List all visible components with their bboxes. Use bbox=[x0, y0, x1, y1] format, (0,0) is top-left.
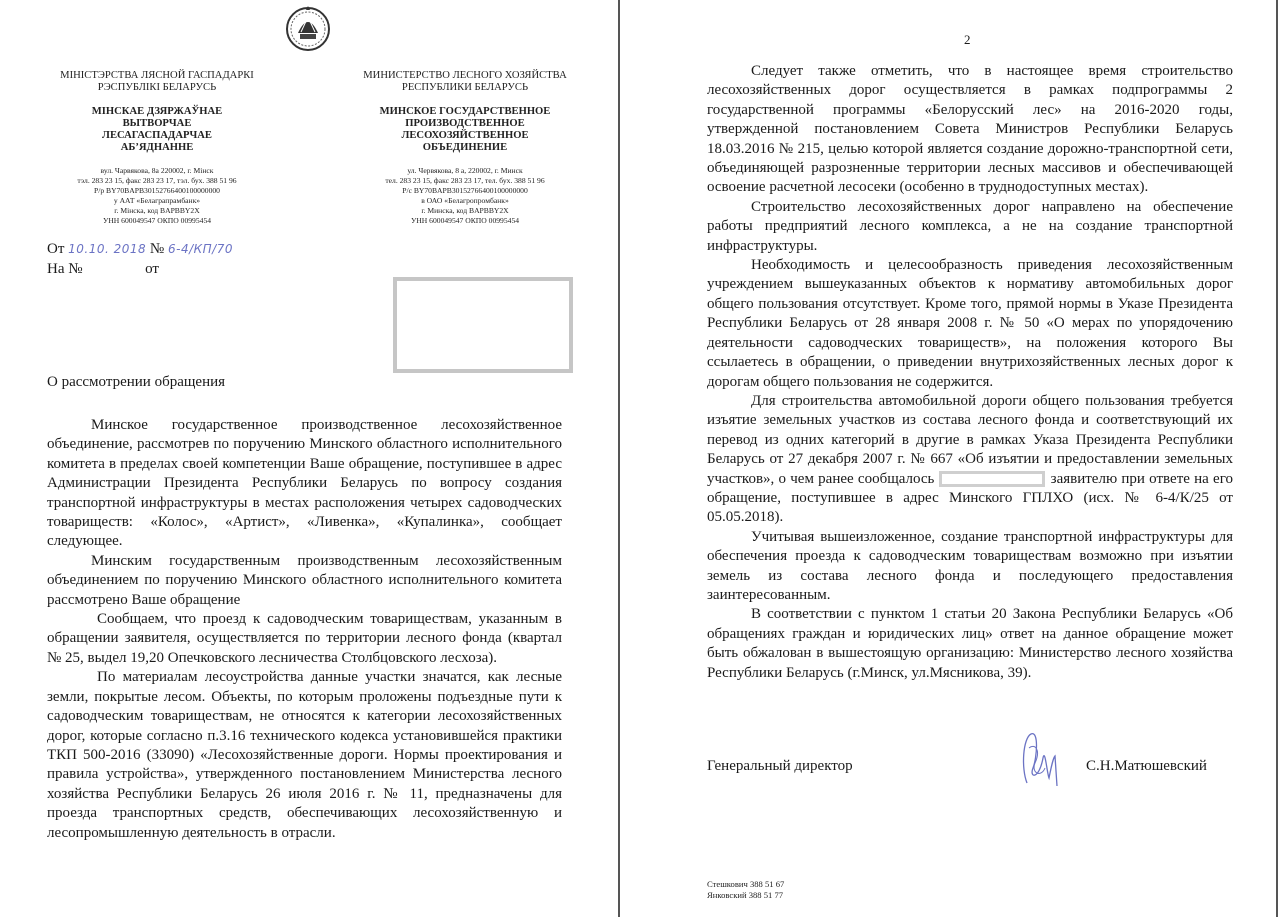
to-from-label: от bbox=[145, 261, 159, 277]
paragraph: Минское государственное производственное… bbox=[47, 416, 562, 552]
ministry-line: МІНІСТЭРСТВА ЛЯСНОЙ ГАСПАДАРКІ bbox=[52, 70, 262, 82]
page-right-border bbox=[1276, 0, 1278, 917]
address-line: вул. Чарвякова, 8а 220002, г. Мінск bbox=[52, 166, 262, 176]
signer-title: Генеральный директор bbox=[707, 758, 853, 775]
paragraph: Минским государственным производственным… bbox=[47, 552, 562, 610]
page-number: 2 bbox=[964, 32, 971, 48]
incoming-reference: На № от bbox=[47, 260, 159, 278]
address-line: в ОАО «Белагропромбанк» bbox=[350, 196, 580, 206]
handwritten-number: 6-4/КП/70 bbox=[168, 242, 233, 256]
address-line: Р/с BY70BAPB30152766400100000000 bbox=[350, 186, 580, 196]
paragraph: По материалам лесоустройства данные учас… bbox=[47, 668, 562, 843]
org-line: ПРОИЗВОДСТВЕННОЕ bbox=[350, 118, 580, 130]
coat-of-arms-emblem bbox=[283, 3, 333, 53]
address-line: тэл. 283 23 15, факс 283 23 17, тэл. бух… bbox=[52, 176, 262, 186]
redacted-addressee-box bbox=[393, 277, 573, 373]
ministry-line: РЭСПУБЛІКІ БЕЛАРУСЬ bbox=[52, 82, 262, 94]
org-line: АБ’ЯДНАННЕ bbox=[52, 142, 262, 154]
signer-name: С.Н.Матюшевский bbox=[1086, 758, 1207, 775]
to-number-label: На № bbox=[47, 261, 83, 277]
org-line: ЛЕСОХОЗЯЙСТВЕННОЕ bbox=[350, 130, 580, 142]
letter-body-page1: Минское государственное производственное… bbox=[47, 416, 562, 843]
paragraph: Необходимость и целесообразность приведе… bbox=[707, 256, 1233, 392]
org-line: МИНСКОЕ ГОСУДАРСТВЕННОЕ bbox=[350, 106, 580, 118]
address-line: УНН 600049547 ОКПО 00995454 bbox=[350, 216, 580, 226]
contact-line: Стешкович 388 51 67 bbox=[707, 879, 784, 890]
ministry-line: РЕСПУБЛИКИ БЕЛАРУСЬ bbox=[350, 82, 580, 94]
address-line: ул. Червякова, 8 а, 220002, г. Минск bbox=[350, 166, 580, 176]
paragraph: Следует также отметить, что в настоящее … bbox=[707, 62, 1233, 198]
paragraph: Учитывая вышеизложенное, создание трансп… bbox=[707, 528, 1233, 606]
handwritten-date: 10.10. 2018 bbox=[68, 242, 146, 256]
letter-body-page2: Следует также отметить, что в настоящее … bbox=[707, 62, 1233, 683]
number-label: № bbox=[150, 241, 164, 257]
address-line: у ААТ «Белаграпрамбанк» bbox=[52, 196, 262, 206]
letter-subject: О рассмотрении обращения bbox=[47, 374, 225, 391]
paragraph: Строительство лесохозяйственных дорог на… bbox=[707, 198, 1233, 256]
paragraph: Для строительства автомобильной дороги о… bbox=[707, 392, 1233, 528]
outgoing-reference: От 10.10. 2018 № 6-4/КП/70 bbox=[47, 240, 233, 258]
address-line: г. Минска, код BAPBBY2X bbox=[350, 206, 580, 216]
paragraph: В соответствии с пунктом 1 статьи 20 Зак… bbox=[707, 605, 1233, 683]
address-line: г. Мінска, код BAPBBY2X bbox=[52, 206, 262, 216]
address-line: УНН 600049547 ОКПО 00995454 bbox=[52, 216, 262, 226]
org-line: МІНСКАЕ ДЗЯРЖАЎНАЕ bbox=[52, 106, 262, 118]
ministry-line: МИНИСТЕРСТВО ЛЕСНОГО ХОЗЯЙСТВА bbox=[350, 70, 580, 82]
header-russian: МИНИСТЕРСТВО ЛЕСНОГО ХОЗЯЙСТВА РЕСПУБЛИК… bbox=[350, 70, 580, 226]
contact-line: Янковский 388 51 77 bbox=[707, 890, 784, 901]
letter-page-1: МІНІСТЭРСТВА ЛЯСНОЙ ГАСПАДАРКІ РЭСПУБЛІК… bbox=[0, 0, 618, 917]
org-line: ОБЪЕДИНЕНИЕ bbox=[350, 142, 580, 154]
from-label: От bbox=[47, 241, 64, 257]
address-line: тел. 283 23 15, факс 283 23 17, тел. бух… bbox=[350, 176, 580, 186]
contact-persons: Стешкович 388 51 67 Янковский 388 51 77 bbox=[707, 879, 784, 900]
handwritten-signature-icon bbox=[1015, 728, 1070, 790]
header-belarusian: МІНІСТЭРСТВА ЛЯСНОЙ ГАСПАДАРКІ РЭСПУБЛІК… bbox=[52, 70, 262, 226]
paragraph: Сообщаем, что проезд к садоводческим тов… bbox=[47, 610, 562, 668]
redacted-name-box bbox=[939, 471, 1045, 487]
org-line: ЛЕСАГАСПАДАРЧАЕ bbox=[52, 130, 262, 142]
address-line: Р/р BY70BAPB30152766400100000000 bbox=[52, 186, 262, 196]
org-line: ВЫТВОРЧАЕ bbox=[52, 118, 262, 130]
